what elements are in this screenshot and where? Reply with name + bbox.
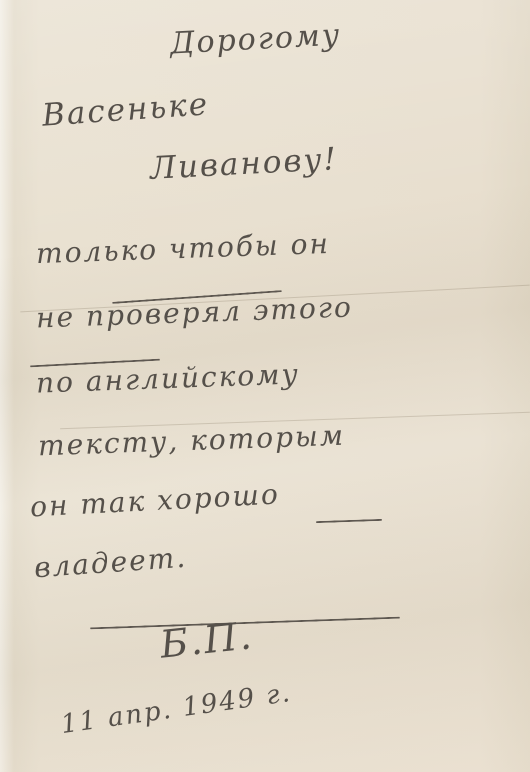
signature: Б.П. — [158, 613, 255, 667]
recipient-first-name: Васеньке — [41, 86, 210, 134]
body-line-6: владеет. — [33, 541, 188, 585]
date: 11 апр. 1949 г. — [59, 678, 294, 740]
body-line-1: только чтобы он — [36, 227, 331, 270]
handwritten-note-page: Дорогому Васеньке Ливанову! только чтобы… — [0, 0, 530, 772]
recipient-last-name: Ливанову! — [149, 141, 339, 187]
salutation-line: Дорогому — [169, 18, 342, 62]
underline-stroke — [316, 519, 382, 523]
body-line-5: он так хорошо — [29, 477, 280, 523]
body-line-4: тексту, которым — [38, 419, 346, 463]
